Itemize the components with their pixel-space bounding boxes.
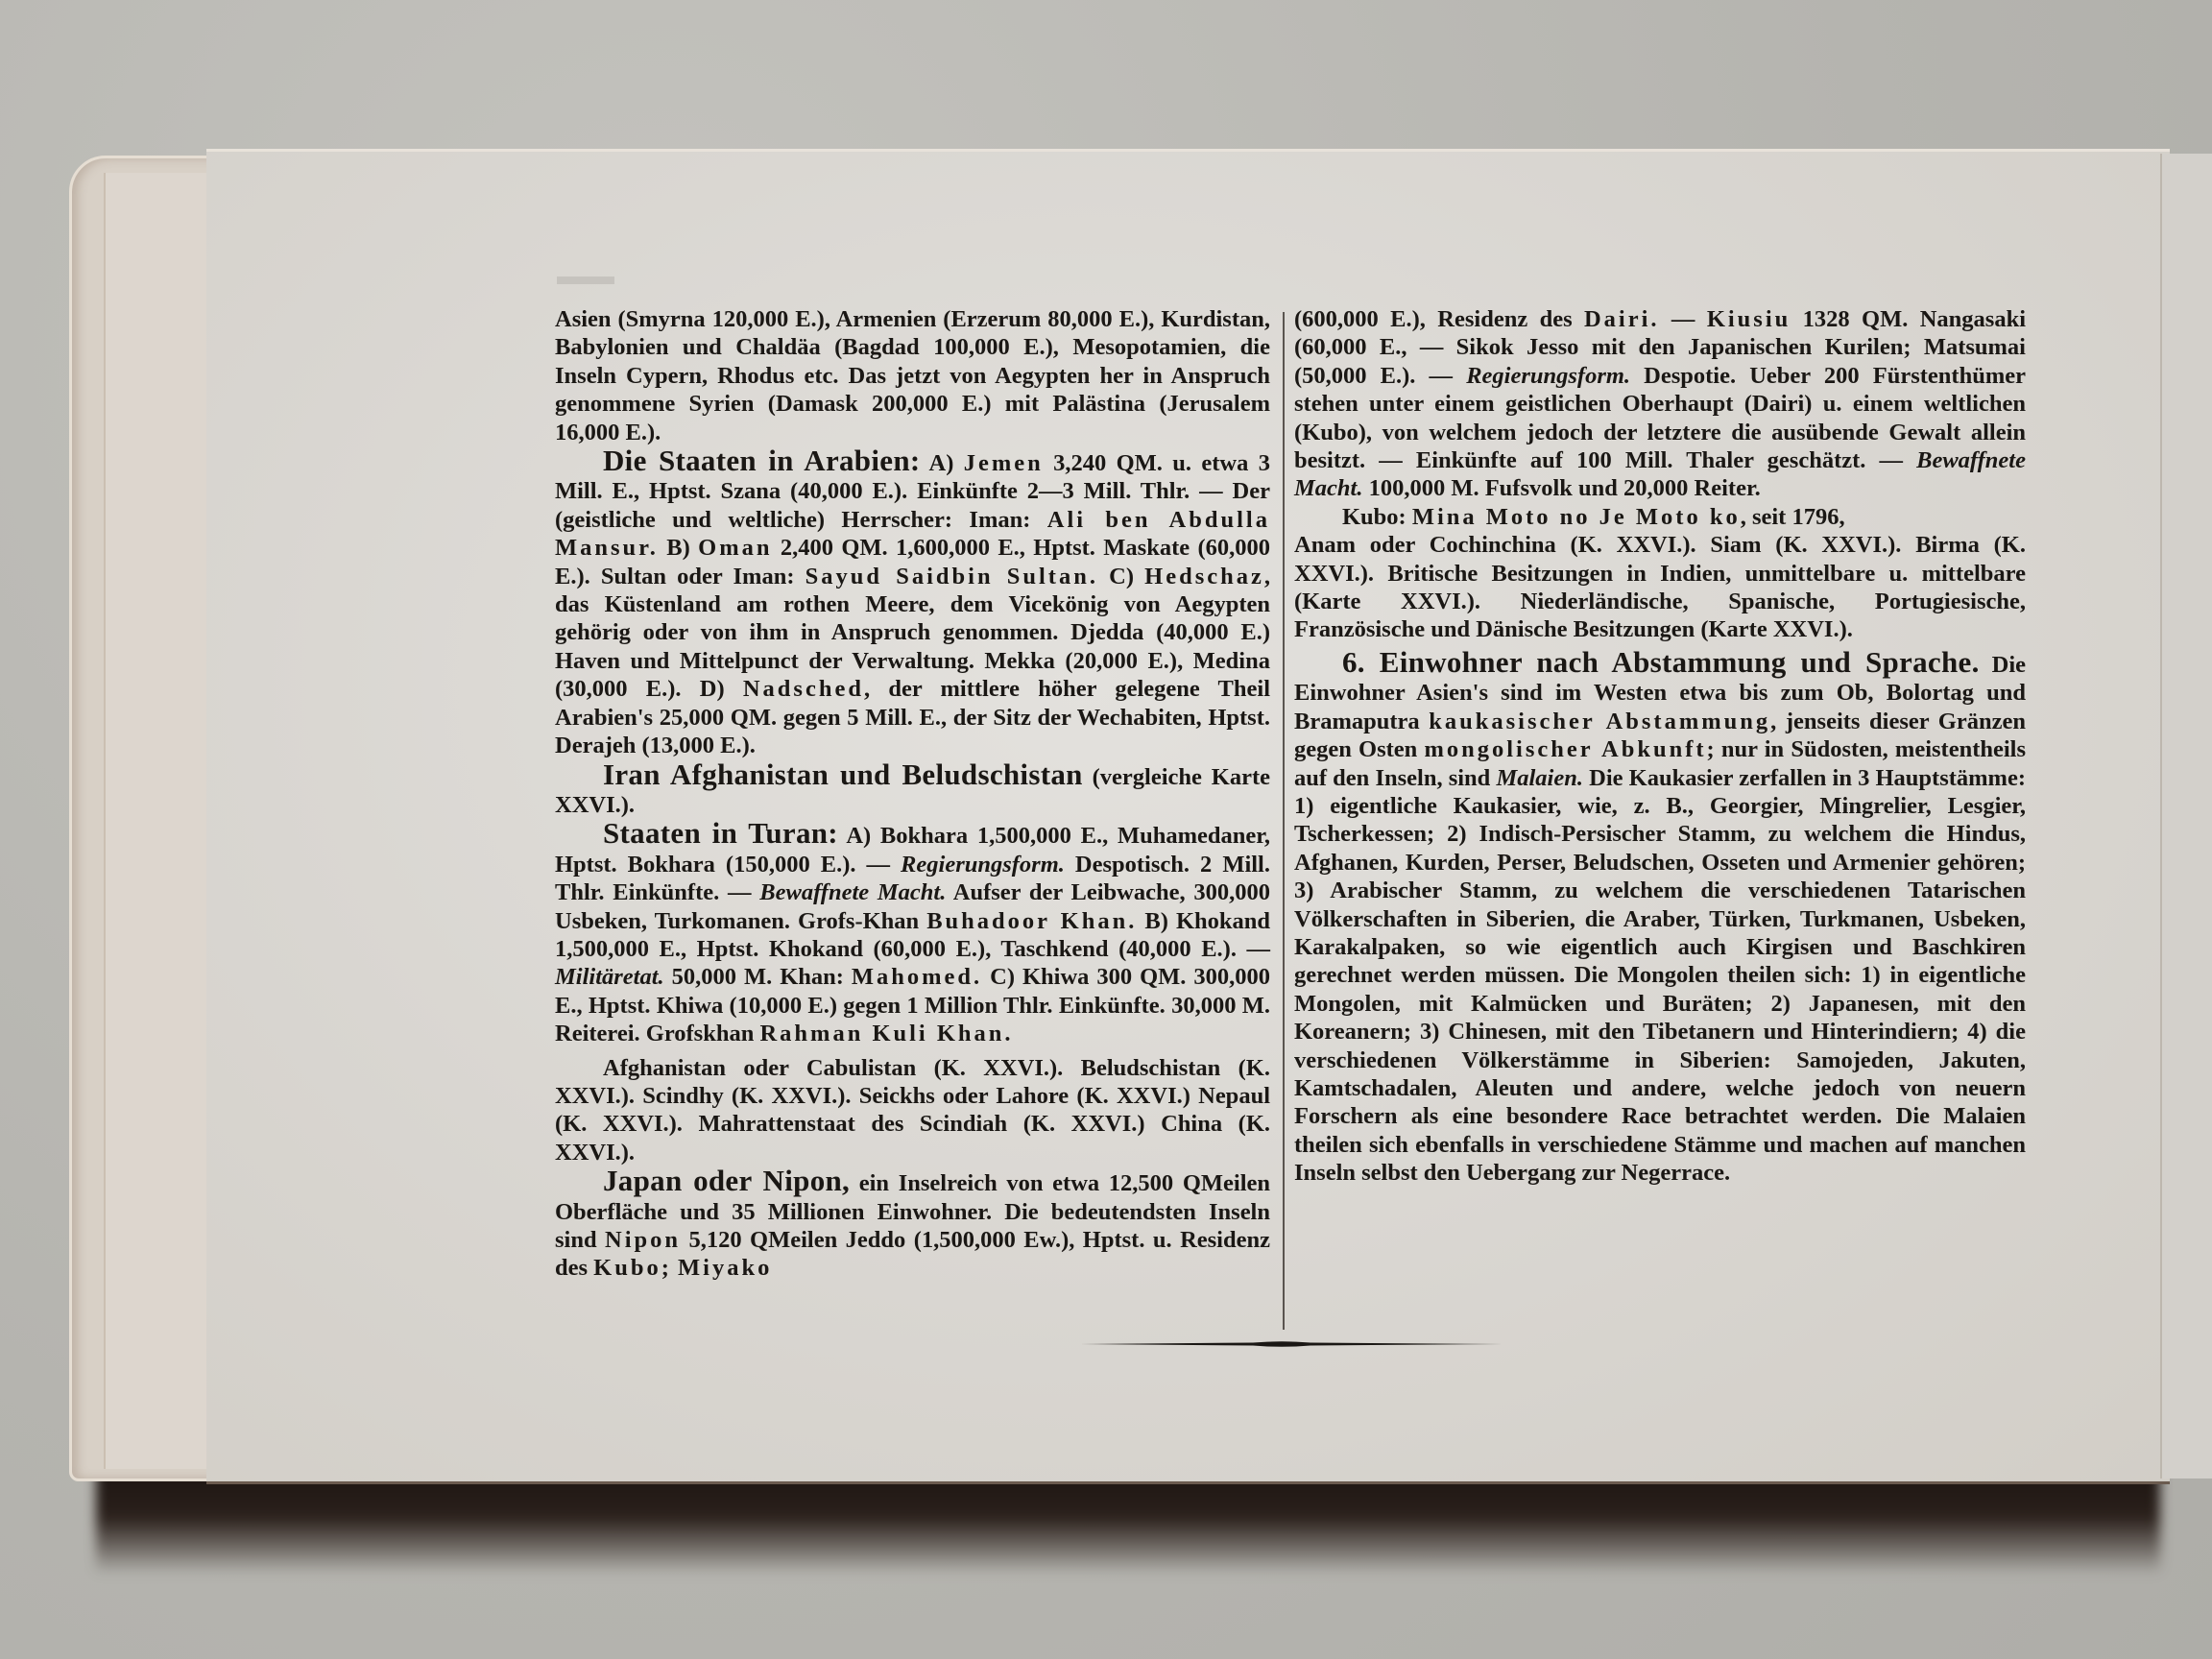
italic-term: Bewaffnete Macht. — [759, 879, 946, 905]
spaced-name: Jemen — [964, 450, 1044, 476]
italic-term: Regierungsform. — [901, 852, 1065, 878]
italic-term: Regierungsform. — [1466, 363, 1630, 389]
paragraph-japan: Japan oder Nipon, ein Inselreich von etw… — [555, 1166, 1270, 1283]
text: A) — [920, 450, 963, 476]
spaced-name: Buhadoor Khan. — [926, 908, 1137, 934]
end-ornament-rule — [1080, 1340, 1503, 1348]
spaced-name: Mahomed. — [852, 964, 982, 990]
book-cover-inner — [104, 173, 211, 1469]
paragraph-kubo: Kubo: Mina Moto no Je Moto ko, seit 1796… — [1294, 503, 2026, 531]
spaced-name: Oman — [698, 535, 772, 561]
paragraph-asian-states: Anam oder Cochinchina (K. XXVI.). Siam (… — [1294, 531, 2026, 644]
text: (600,000 E.), Residenz des — [1294, 306, 1584, 332]
spaced-name: Sayud Saidbin Sultan. — [805, 564, 1098, 589]
italic-term: Malaien. — [1496, 765, 1583, 791]
spaced-term: mongolischer Abkunft — [1424, 736, 1706, 762]
paragraph-arabia: Die Staaten in Arabien: A) Jemen 3,240 Q… — [555, 446, 1270, 759]
paragraph-asia-minor: Asien (Smyrna 120,000 E.), Armenien (Erz… — [555, 305, 1270, 446]
next-page-edge — [2160, 154, 2212, 1479]
spaced-name: Mina Moto no Je Moto ko — [1412, 504, 1741, 530]
spaced-name: Miyako — [678, 1255, 772, 1281]
spaced-term: kaukasischer Abstammung — [1429, 709, 1770, 734]
spaced-name: Nipon — [605, 1227, 681, 1253]
italic-term: Militäretat. — [555, 964, 664, 990]
paragraph-afghanistan: Afghanistan oder Cabulistan (K. XXVI.). … — [555, 1054, 1270, 1167]
text: Kubo: — [1342, 504, 1412, 530]
spaced-name: Kubo; — [593, 1255, 672, 1281]
paragraph-iran: Iran Afghanistan und Beludschistan (verg… — [555, 760, 1270, 820]
spaced-name: Rahman Kuli Khan. — [759, 1021, 1013, 1046]
heading-arabia: Die Staaten in Arabien: — [603, 444, 920, 477]
spaced-name: Hedschaz — [1144, 564, 1264, 589]
paragraph-section-6: 6. Einwohner nach Abstammung und Sprache… — [1294, 648, 2026, 1188]
text: Die Kaukasier zerfallen in 3 Hauptstämme… — [1294, 765, 2026, 1187]
text: 100,000 M. Fufsvolk und 20,000 Reiter. — [1362, 475, 1760, 501]
heading-section-6: 6. Einwohner nach Abstammung und Sprache… — [1342, 645, 1980, 679]
book-shadow — [96, 1469, 2160, 1575]
right-column: (600,000 E.), Residenz des Dairi. — Kius… — [1294, 305, 2026, 1188]
left-column: Asien (Smyrna 120,000 E.), Armenien (Erz… — [555, 305, 1270, 1283]
paragraph-turan: Staaten in Turan: A) Bokhara 1,500,000 E… — [555, 819, 1270, 1047]
text: 50,000 M. Khan: — [664, 964, 852, 990]
text: B) — [659, 535, 698, 561]
spaced-name: Kiusiu — [1707, 306, 1791, 332]
text: , seit 1796, — [1741, 504, 1845, 530]
heading-iran: Iran Afghanistan und Beludschistan — [603, 757, 1083, 791]
column-divider — [1283, 312, 1285, 1330]
paragraph-japan-continued: (600,000 E.), Residenz des Dairi. — Kius… — [1294, 305, 2026, 503]
spaced-name: Nadsched — [743, 676, 864, 702]
spaced-name: Dairi. — [1584, 306, 1660, 332]
text: — — [1660, 306, 1707, 332]
heading-turan: Staaten in Turan: — [603, 816, 838, 850]
faded-page-mark — [557, 276, 614, 284]
text: C) — [1098, 564, 1144, 589]
heading-japan: Japan oder Nipon, — [603, 1164, 850, 1197]
